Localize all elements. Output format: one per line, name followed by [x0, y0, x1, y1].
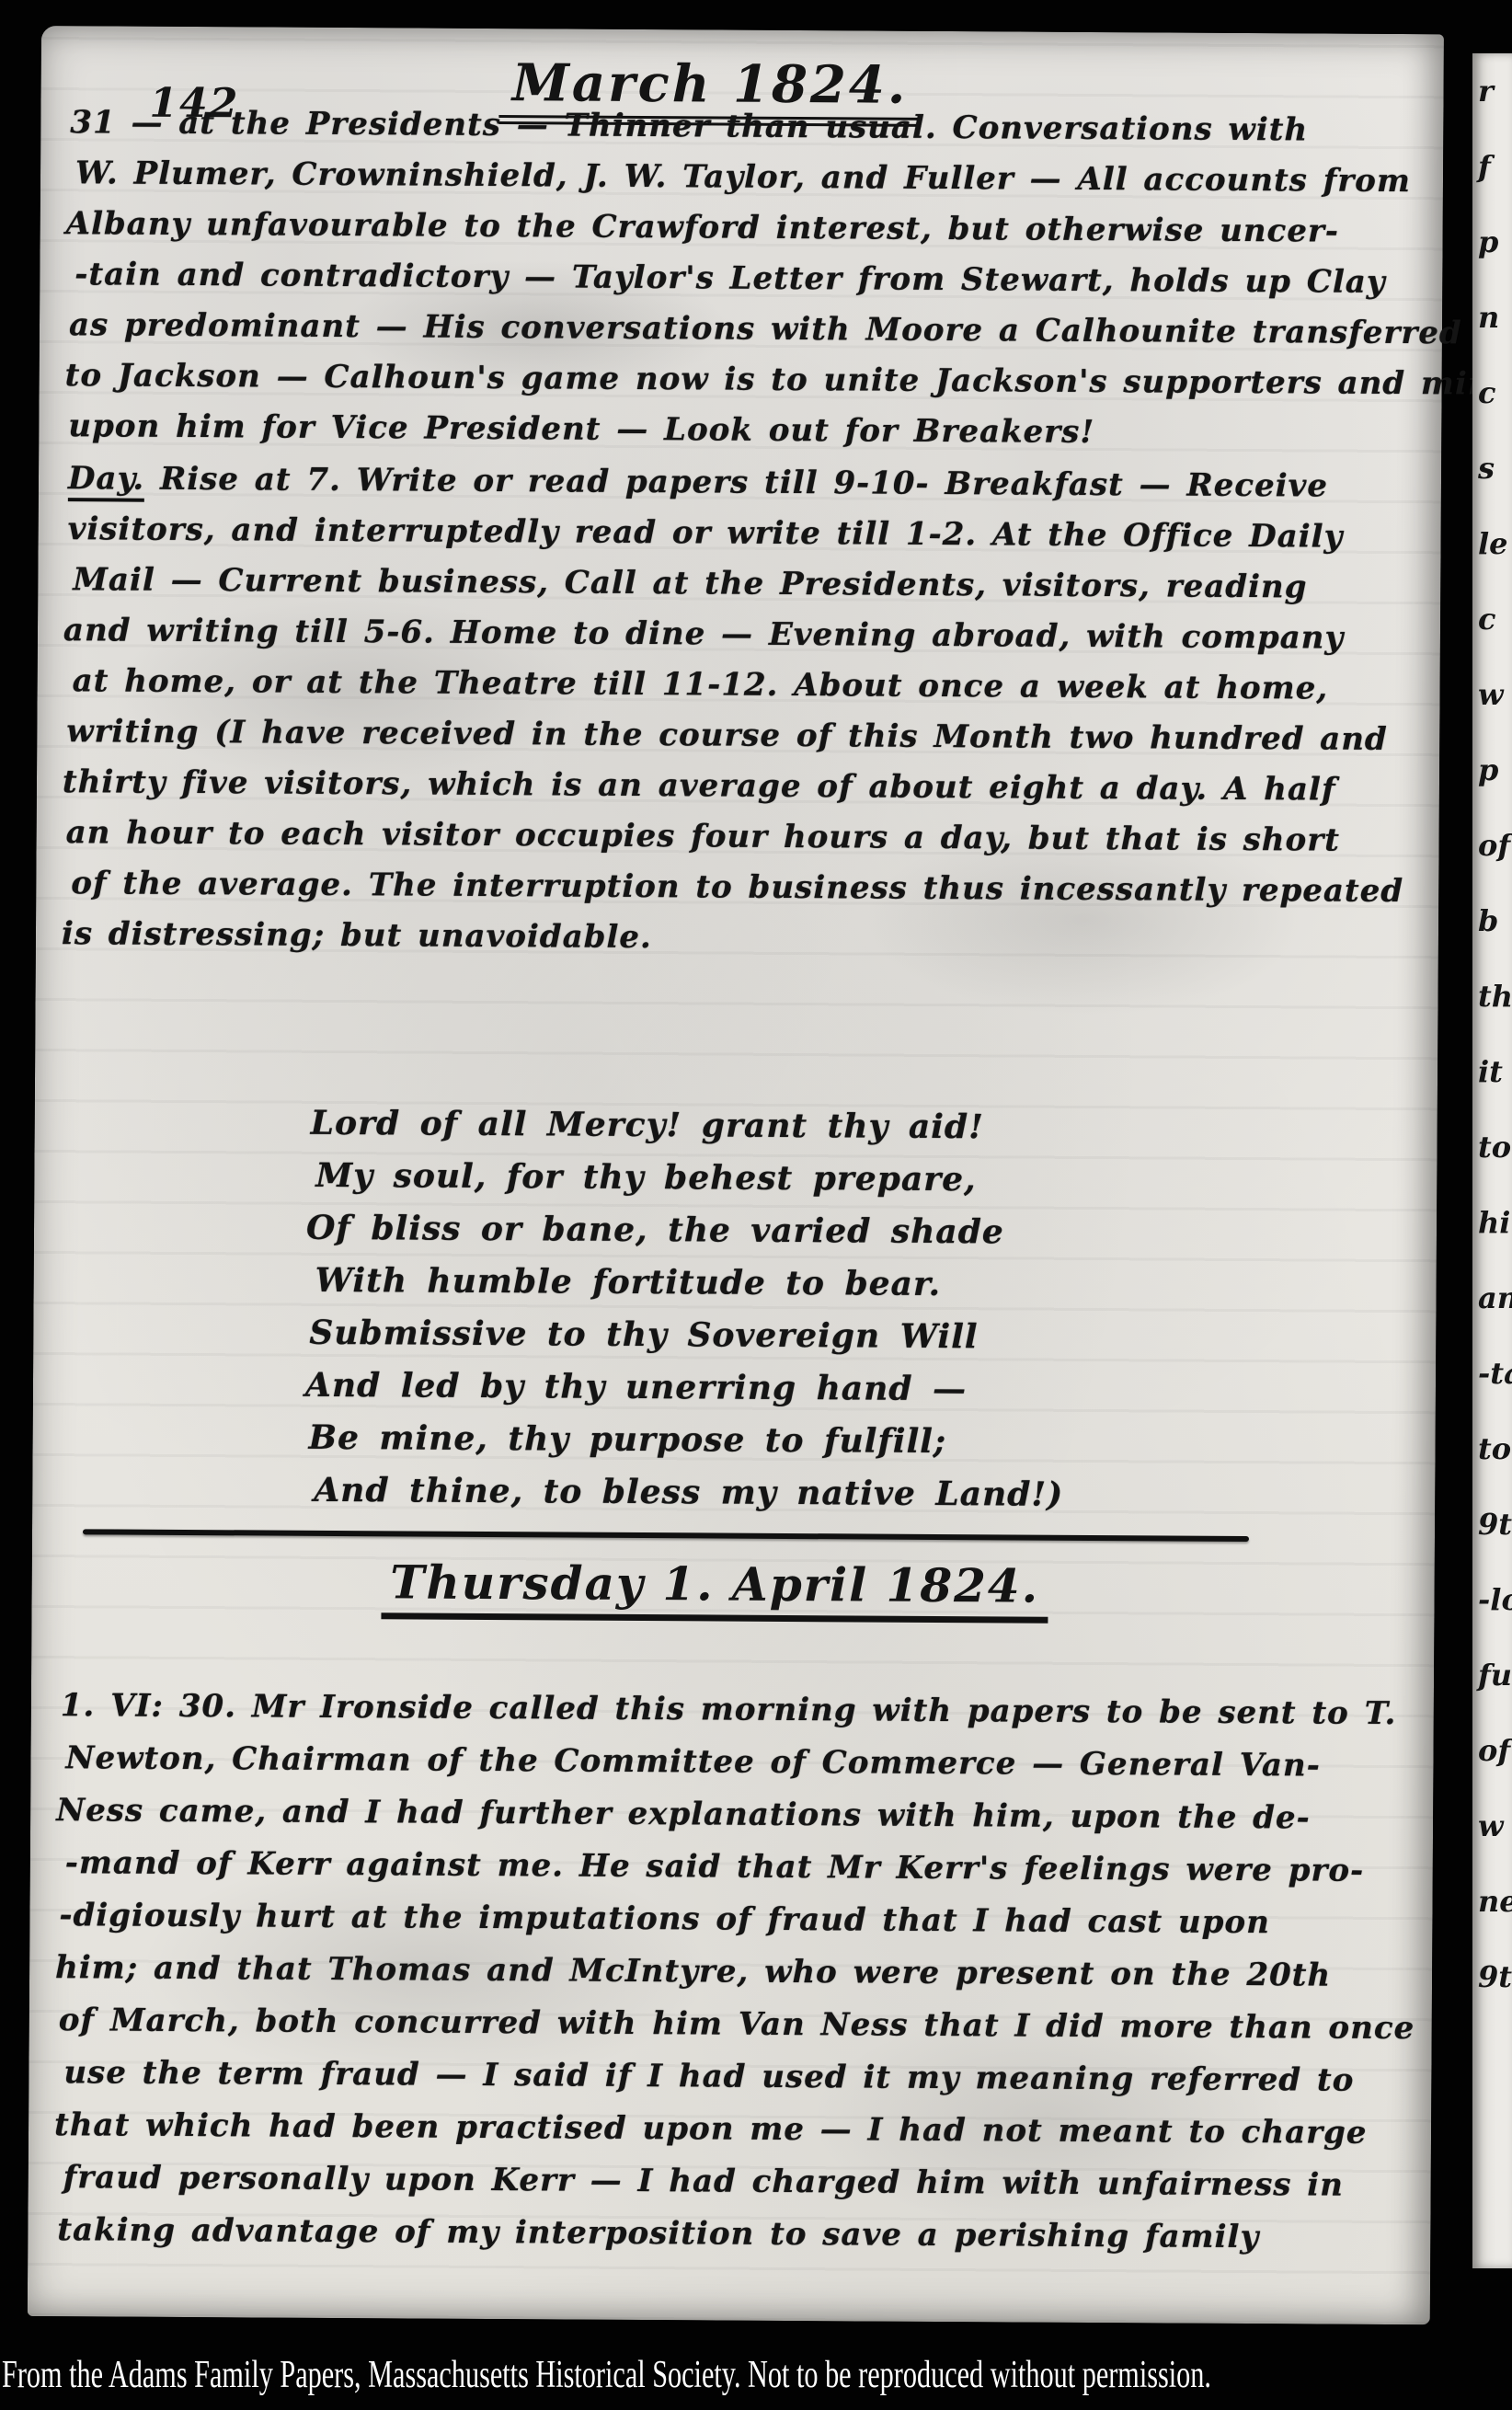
handwriting-line: writing (I have received in the course o…: [66, 706, 1428, 765]
clipped-text-fragment: -lo: [1472, 1562, 1512, 1637]
clipped-text-fragment: c: [1472, 581, 1512, 657]
clipped-text-fragment: 9t: [1472, 1486, 1512, 1562]
handwriting-line: fraud personally upon Kerr — I had charg…: [63, 2152, 1420, 2212]
clipped-text-fragment: an: [1472, 1260, 1512, 1336]
clipped-text-fragment: 9t: [1472, 1939, 1512, 2014]
clipped-text-fragment: c: [1472, 355, 1512, 430]
daily-routine-lines: visitors, and interruptedly read or writ…: [65, 504, 1430, 968]
handwriting-line: Newton, Chairman of the Committee of Com…: [65, 1732, 1422, 1793]
clipped-text-fragment: ne: [1472, 1864, 1512, 1939]
handwriting-line: 31 — at the Presidents — Thinner than us…: [70, 98, 1432, 156]
poem-line: And led by thy unerring hand —: [305, 1360, 1425, 1418]
clipped-text-fragment: s: [1472, 430, 1512, 506]
handwriting-line: of March, both concurred with him Van Ne…: [59, 1994, 1421, 2055]
clipped-text-fragment: to: [1472, 1109, 1512, 1185]
handwriting-line: of the average. The interruption to busi…: [71, 858, 1427, 917]
clipped-text-fragment: it: [1472, 1034, 1512, 1109]
scanned-document-view: 142 March 1824. 31 — at the Presidents —…: [0, 0, 1512, 2410]
prayer-poem: Lord of all Mercy! grant thy aid!My soul…: [308, 1097, 1426, 1523]
handwriting-line: an hour to each visitor occupies four ho…: [65, 808, 1427, 866]
handwriting-line: Day. Rise at 7. Write or read papers til…: [68, 453, 1430, 512]
poem-line: With humble fortitude to bear.: [315, 1255, 1425, 1314]
diary-page-scan: 142 March 1824. 31 — at the Presidents —…: [28, 26, 1444, 2324]
handwriting-line: and writing till 5-6. Home to dine — Eve…: [63, 605, 1429, 664]
handwriting-line: that which had been practised upon me — …: [54, 2099, 1420, 2160]
handwriting-line: at home, or at the Theatre till 11-12. A…: [72, 656, 1428, 715]
credit-line: From the Adams Family Papers, Massachuse…: [2, 2347, 1211, 2403]
daily-routine-paragraph: Day. Rise at 7. Write or read papers til…: [65, 453, 1430, 968]
clipped-text-fragment: f: [1472, 129, 1512, 204]
april-entry-heading: Thursday 1. April 1824.: [31, 1553, 1397, 1625]
day-first-line-text: Rise at 7. Write or read papers till 9-1…: [144, 461, 1328, 505]
clipped-text-fragment: w: [1472, 657, 1512, 732]
clipped-text-fragment: le: [1472, 506, 1512, 581]
clipped-text-fragment: of: [1472, 808, 1512, 883]
march-31-entry: 31 — at the Presidents — Thinner than us…: [68, 98, 1432, 460]
april-heading-text: Thursday 1. April 1824.: [381, 1555, 1048, 1623]
clipped-text-fragment: -ta: [1472, 1336, 1512, 1411]
facing-page-edge: rfpncslecwpofbthittohian-tato9t-lofuofwn…: [1472, 53, 1512, 2268]
handwriting-line: use the term fraud — I said if I had use…: [63, 2047, 1420, 2107]
poem-line: Lord of all Mercy! grant thy aid!: [311, 1097, 1426, 1156]
handwriting-line: 1. VI: 30. Mr Ironside called this morni…: [61, 1680, 1423, 1740]
handwriting-line: upon him for Vice President — Look out f…: [68, 401, 1430, 460]
clipped-text-fragment: of: [1472, 1713, 1512, 1788]
footer-credit-bar: From the Adams Family Papers, Massachuse…: [2, 2347, 1510, 2403]
handwriting-line: Ness came, and I had further explanation…: [56, 1785, 1422, 1845]
handwriting-line: -digiously hurt at the imputations of fr…: [59, 1889, 1421, 1950]
clipped-text-fragment: to: [1472, 1411, 1512, 1486]
clipped-text-fragment: p: [1472, 732, 1512, 808]
april-1-entry: 1. VI: 30. Mr Ironside called this morni…: [57, 1680, 1423, 2265]
poem-line: And thine, to bless my native Land!): [314, 1464, 1424, 1523]
handwriting-line: Mail — Current business, Call at the Pre…: [73, 555, 1429, 614]
clipped-text-fragment: r: [1472, 53, 1512, 129]
handwriting-line: him; and that Thomas and McIntyre, who w…: [55, 1942, 1421, 2003]
handwriting-line: is distressing; but unavoidable.: [62, 909, 1427, 968]
poem-line: Of bliss or bane, the varied shade: [306, 1202, 1426, 1261]
handwriting-line: -mand of Kerr against me. He said that M…: [65, 1837, 1422, 1898]
poem-line: Be mine, thy purpose to fulfill;: [308, 1412, 1424, 1471]
clipped-text-fragment: p: [1472, 204, 1512, 280]
clipped-text-fragment: b: [1472, 883, 1512, 958]
handwriting-line: visitors, and interruptedly read or writ…: [67, 504, 1429, 563]
handwriting-line: W. Plumer, Crowninshield, J. W. Taylor, …: [75, 148, 1432, 207]
clipped-text-fragment: n: [1472, 280, 1512, 355]
handwriting-line: taking advantage of my interposition to …: [57, 2204, 1419, 2265]
handwriting-line: -tain and contradictory — Taylor's Lette…: [74, 249, 1431, 308]
handwriting-line: thirty five visitors, which is an averag…: [63, 757, 1428, 816]
clipped-text-fragment: fu: [1472, 1637, 1512, 1713]
clipped-text-fragment: hi: [1472, 1185, 1512, 1260]
handwriting-line: Albany unfavourable to the Crawford inte…: [66, 199, 1432, 258]
clipped-text-fragment: th: [1472, 958, 1512, 1034]
clipped-text-fragment: w: [1472, 1788, 1512, 1864]
poem-line: Submissive to thy Sovereign Will: [309, 1307, 1425, 1366]
handwriting-line: as predominant — His conversations with …: [69, 300, 1431, 359]
day-label: Day.: [68, 460, 144, 502]
entry-divider-rule: [83, 1529, 1249, 1542]
handwriting-line: to Jackson — Calhoun's game now is to un…: [65, 350, 1431, 409]
poem-line: My soul, for thy behest prepare,: [315, 1150, 1426, 1209]
